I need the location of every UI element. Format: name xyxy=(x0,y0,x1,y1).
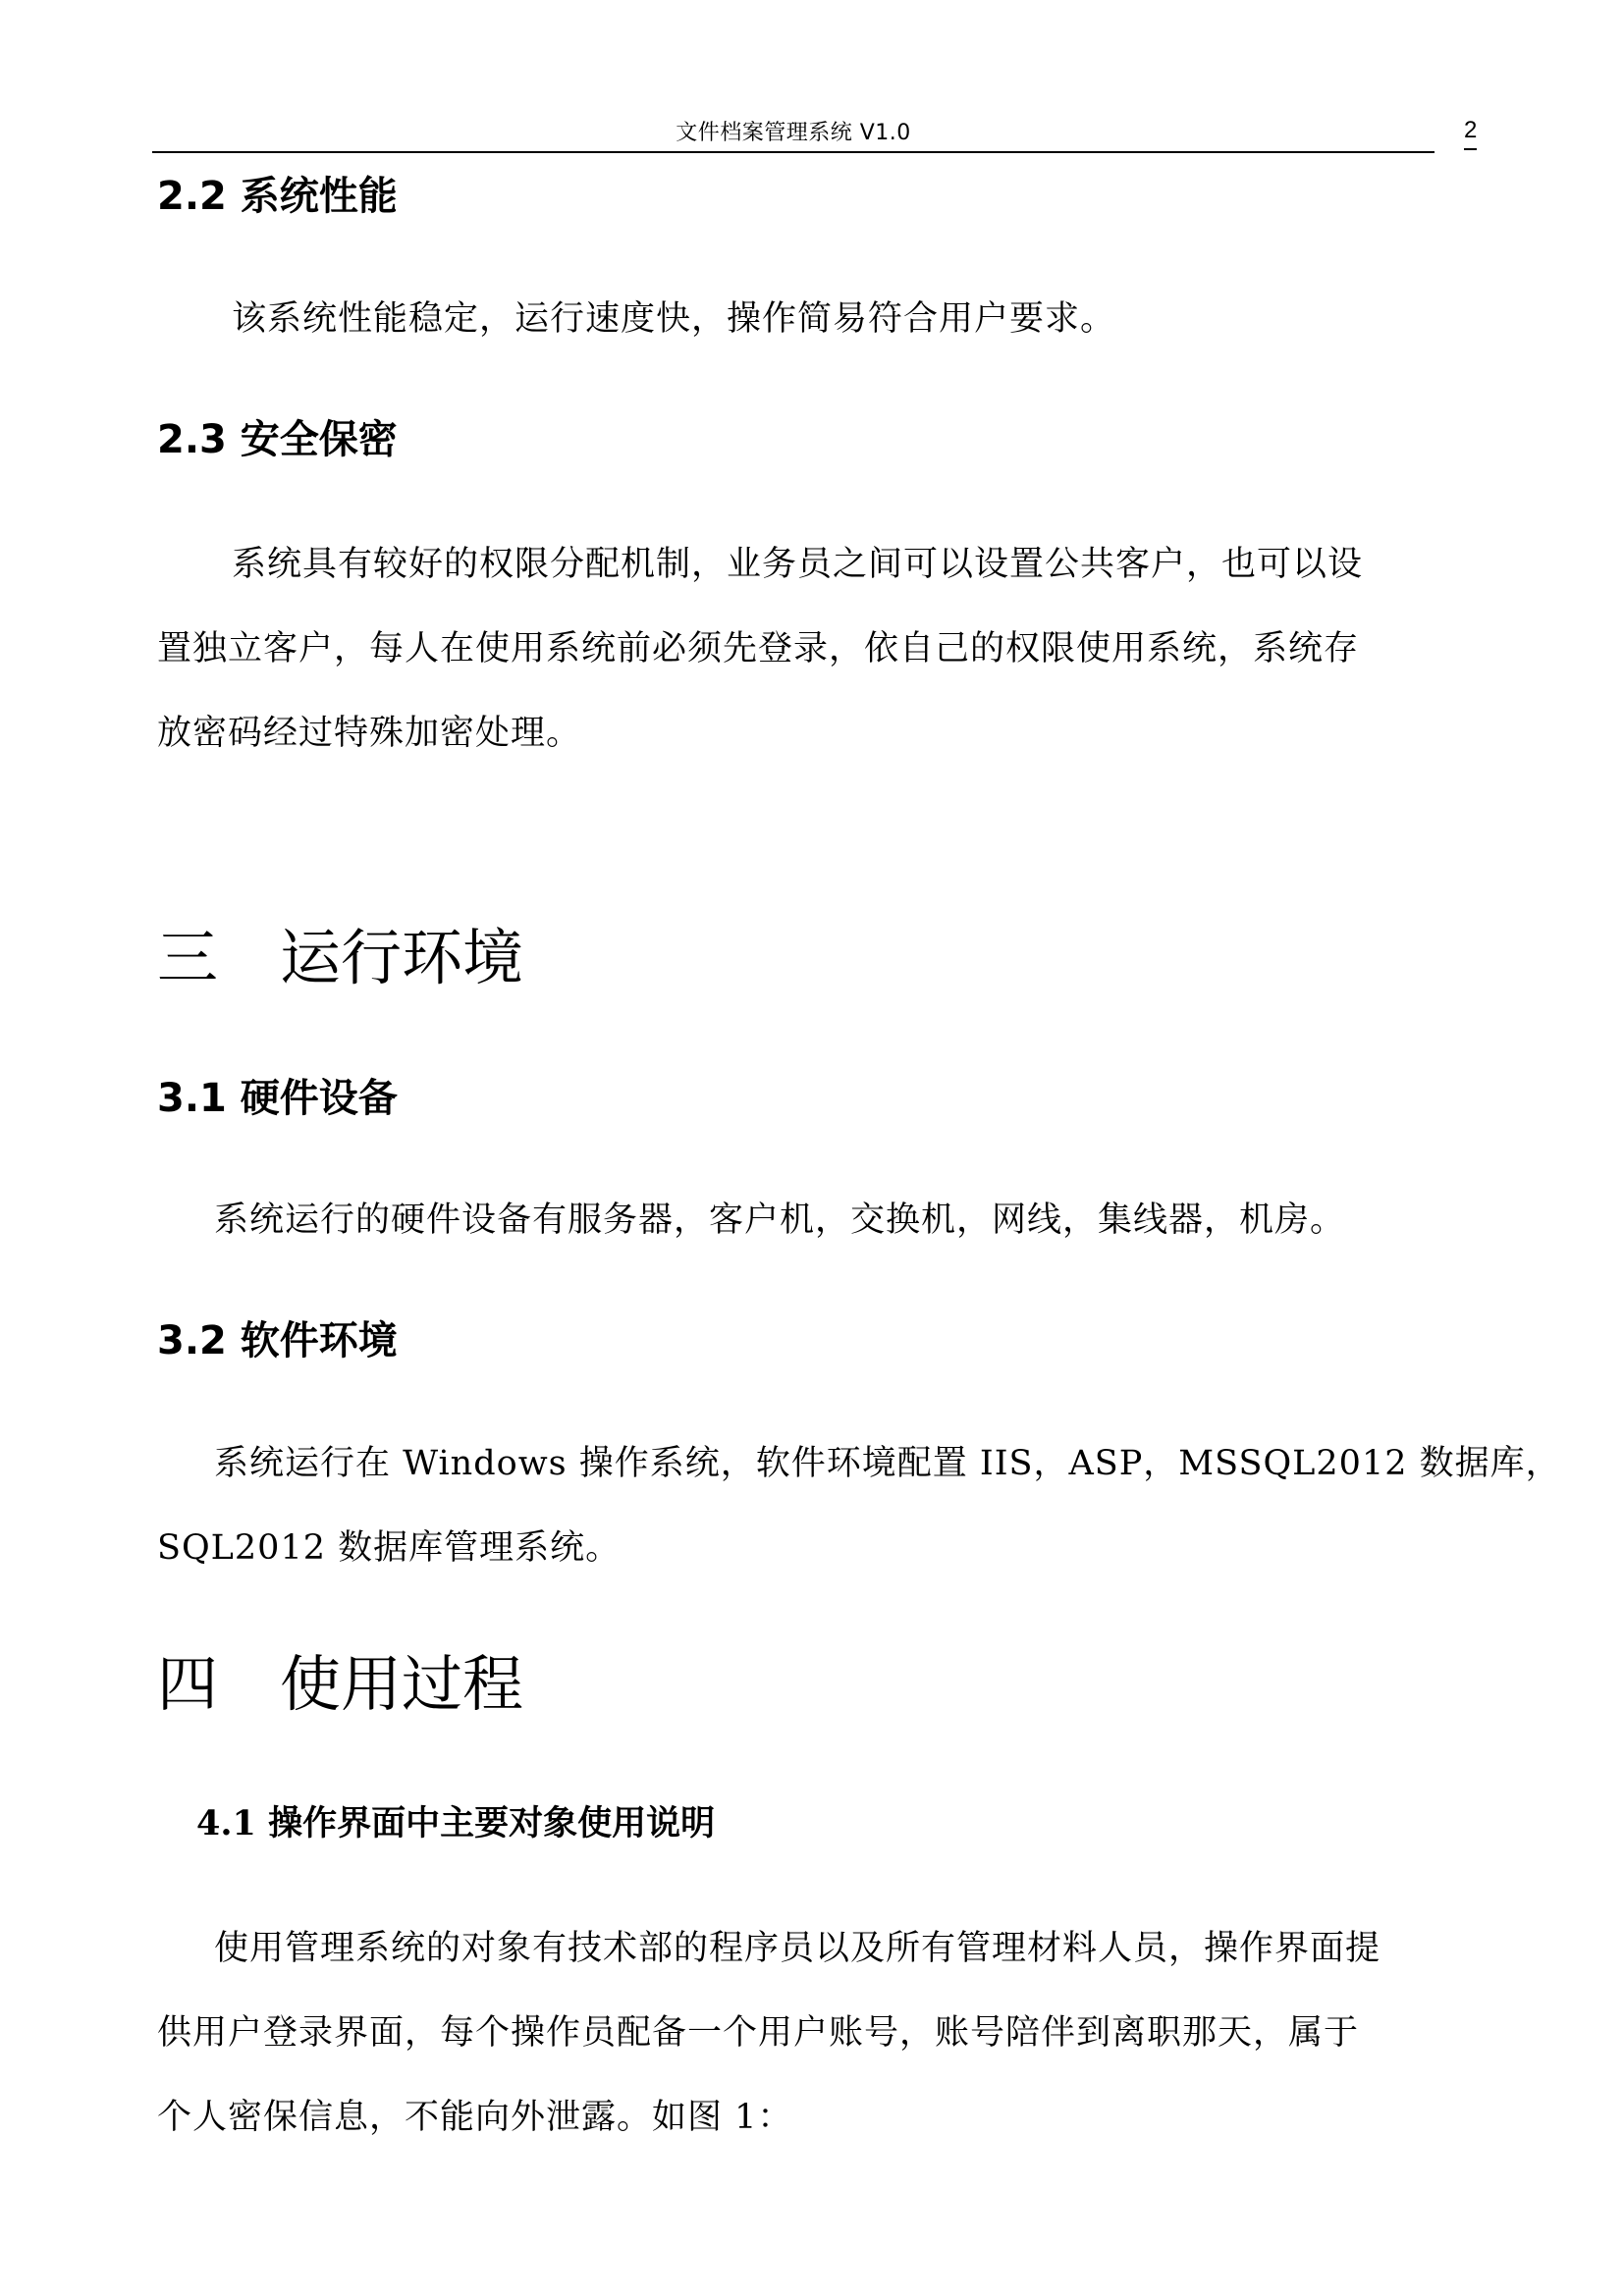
paragraph-line: SQL2012 数据库管理系统。 xyxy=(157,1506,1561,1590)
heading-4-1: 4.1 操作界面中主要对象使用说明 xyxy=(196,1802,715,1845)
paragraph-line: 该系统性能稳定，运行速度快，操作简易符合用户要求。 xyxy=(232,277,1115,361)
paragraph-software: 系统运行在 Windows 操作系统，软件环境配置 IIS，ASP，MSSQL2… xyxy=(157,1421,1561,1590)
page-number: 2 xyxy=(1464,116,1477,150)
heading-3-1: 3.1 硬件设备 xyxy=(157,1075,398,1122)
chapter-4-heading: 四使用过程 xyxy=(157,1649,523,1720)
chapter-title: 运行环境 xyxy=(280,922,523,993)
paragraph-line: 个人密保信息，不能向外泄露。如图 1： xyxy=(157,2075,1380,2160)
paragraph-performance: 该系统性能稳定，运行速度快，操作简易符合用户要求。 xyxy=(232,277,1115,361)
heading-2-2: 2.2 系统性能 xyxy=(157,173,398,220)
chapter-number: 三 xyxy=(157,923,280,993)
paragraph-line: 置独立客户，每人在使用系统前必须先登录，依自己的权限使用系统，系统存 xyxy=(157,607,1363,691)
page-header: 文件档案管理系统 V1.0 xyxy=(152,110,1435,153)
paragraph-line: 系统具有较好的权限分配机制，业务员之间可以设置公共客户，也可以设 xyxy=(157,522,1363,607)
heading-2-3: 2.3 安全保密 xyxy=(157,416,398,463)
paragraph-line: 系统运行的硬件设备有服务器，客户机，交换机，网线，集线器，机房。 xyxy=(214,1178,1345,1262)
paragraph-security: 系统具有较好的权限分配机制，业务员之间可以设置公共客户，也可以设 置独立客户，每… xyxy=(157,522,1363,775)
document-title: 文件档案管理系统 V1.0 xyxy=(152,116,1435,146)
chapter-3-heading: 三运行环境 xyxy=(157,923,523,993)
heading-3-2: 3.2 软件环境 xyxy=(157,1317,398,1364)
paragraph-usage: 使用管理系统的对象有技术部的程序员以及所有管理材料人员，操作界面提 供用户登录界… xyxy=(157,1906,1380,2160)
paragraph-line: 使用管理系统的对象有技术部的程序员以及所有管理材料人员，操作界面提 xyxy=(157,1906,1380,1991)
paragraph-line: 放密码经过特殊加密处理。 xyxy=(157,691,1363,775)
paragraph-hardware: 系统运行的硬件设备有服务器，客户机，交换机，网线，集线器，机房。 xyxy=(214,1178,1345,1262)
paragraph-line: 供用户登录界面，每个操作员配备一个用户账号，账号陪伴到离职那天，属于 xyxy=(157,1991,1380,2075)
chapter-number: 四 xyxy=(157,1649,280,1720)
chapter-title: 使用过程 xyxy=(280,1648,523,1720)
paragraph-line: 系统运行在 Windows 操作系统，软件环境配置 IIS，ASP，MSSQL2… xyxy=(157,1421,1561,1506)
